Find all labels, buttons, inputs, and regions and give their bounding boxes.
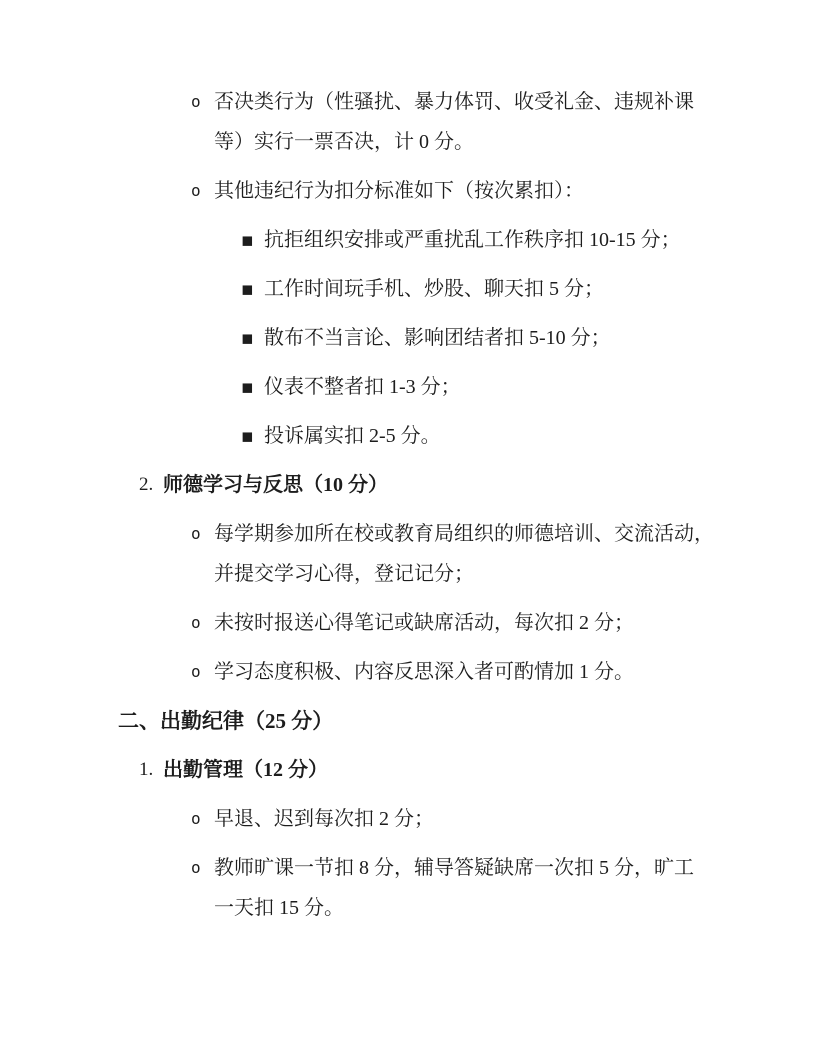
text-line: 散布不当言论、影响团结者扣 5-10 分；: [0, 318, 816, 358]
heading-text: 二、出勤纪律（25 分）: [0, 701, 816, 741]
heading-text: 出勤管理（12 分）: [0, 750, 816, 790]
text-line: 抗拒组织安排或严重扰乱工作秩序扣 10-15 分；: [0, 220, 816, 260]
heading-text: 师德学习与反思（10 分）: [0, 465, 816, 505]
text-line: 仪表不整者扣 1-3 分；: [0, 367, 816, 407]
text-line: 并提交学习心得，登记记分；: [0, 554, 816, 594]
text-line: 一天扣 15 分。: [0, 888, 816, 928]
list-item-late-submission: o 未按时报送心得笔记或缺席活动，每次扣 2 分；: [0, 603, 816, 643]
text-line: 其他违纪行为扣分标准如下（按次累扣）：: [0, 171, 816, 211]
circle-bullet-icon: o: [191, 652, 201, 692]
sub-list-item-phone-chat: ▪ 工作时间玩手机、炒股、聊天扣 5 分；: [0, 269, 816, 309]
square-bullet-icon: ▪: [241, 318, 254, 358]
sub-list-item-resist-arrangement: ▪ 抗拒组织安排或严重扰乱工作秩序扣 10-15 分；: [0, 220, 816, 260]
text-line: 早退、迟到每次扣 2 分；: [0, 799, 816, 839]
circle-bullet-icon: o: [191, 514, 201, 554]
list-item-positive-attitude-bonus: o 学习态度积极、内容反思深入者可酌情加 1 分。: [0, 652, 816, 692]
text-line: 投诉属实扣 2-5 分。: [0, 416, 816, 456]
list-item-late-early-leave: o 早退、迟到每次扣 2 分；: [0, 799, 816, 839]
circle-bullet-icon: o: [191, 171, 201, 211]
list-item-other-violations: o 其他违纪行为扣分标准如下（按次累扣）：: [0, 171, 816, 211]
square-bullet-icon: ▪: [241, 269, 254, 309]
text-line: 每学期参加所在校或教育局组织的师德培训、交流活动，: [0, 514, 816, 554]
circle-bullet-icon: o: [191, 799, 201, 839]
sub-list-item-untidy-appearance: ▪ 仪表不整者扣 1-3 分；: [0, 367, 816, 407]
text-line: 学习态度积极、内容反思深入者可酌情加 1 分。: [0, 652, 816, 692]
text-line: 教师旷课一节扣 8 分，辅导答疑缺席一次扣 5 分，旷工: [0, 848, 816, 888]
text-line: 未按时报送心得笔记或缺席活动，每次扣 2 分；: [0, 603, 816, 643]
list-item-absence-deduction: o 教师旷课一节扣 8 分，辅导答疑缺席一次扣 5 分，旷工 一天扣 15 分。: [0, 848, 816, 928]
numbered-heading-ethics-study: 2. 师德学习与反思（10 分）: [0, 465, 816, 505]
list-item-veto-behavior: o 否决类行为（性骚扰、暴力体罚、收受礼金、违规补课 等）实行一票否决，计 0 …: [0, 82, 816, 162]
list-item-training-participation: o 每学期参加所在校或教育局组织的师德培训、交流活动， 并提交学习心得，登记记分…: [0, 514, 816, 594]
document-content: o 否决类行为（性骚扰、暴力体罚、收受礼金、违规补课 等）实行一票否决，计 0 …: [0, 0, 816, 928]
sub-list-item-verified-complaint: ▪ 投诉属实扣 2-5 分。: [0, 416, 816, 456]
document-page: o 否决类行为（性骚扰、暴力体罚、收受礼金、违规补课 等）实行一票否决，计 0 …: [0, 0, 816, 1056]
sub-list-item-improper-remarks: ▪ 散布不当言论、影响团结者扣 5-10 分；: [0, 318, 816, 358]
section-heading-attendance-discipline: 二、出勤纪律（25 分）: [0, 701, 816, 741]
circle-bullet-icon: o: [191, 848, 201, 888]
square-bullet-icon: ▪: [241, 367, 254, 407]
text-line: 否决类行为（性骚扰、暴力体罚、收受礼金、违规补课: [0, 82, 816, 122]
list-number: 1.: [139, 750, 153, 790]
numbered-heading-attendance-management: 1. 出勤管理（12 分）: [0, 750, 816, 790]
text-line: 工作时间玩手机、炒股、聊天扣 5 分；: [0, 269, 816, 309]
square-bullet-icon: ▪: [241, 416, 254, 456]
circle-bullet-icon: o: [191, 82, 201, 122]
list-number: 2.: [139, 465, 153, 505]
square-bullet-icon: ▪: [241, 220, 254, 260]
text-line: 等）实行一票否决，计 0 分。: [0, 122, 816, 162]
circle-bullet-icon: o: [191, 603, 201, 643]
